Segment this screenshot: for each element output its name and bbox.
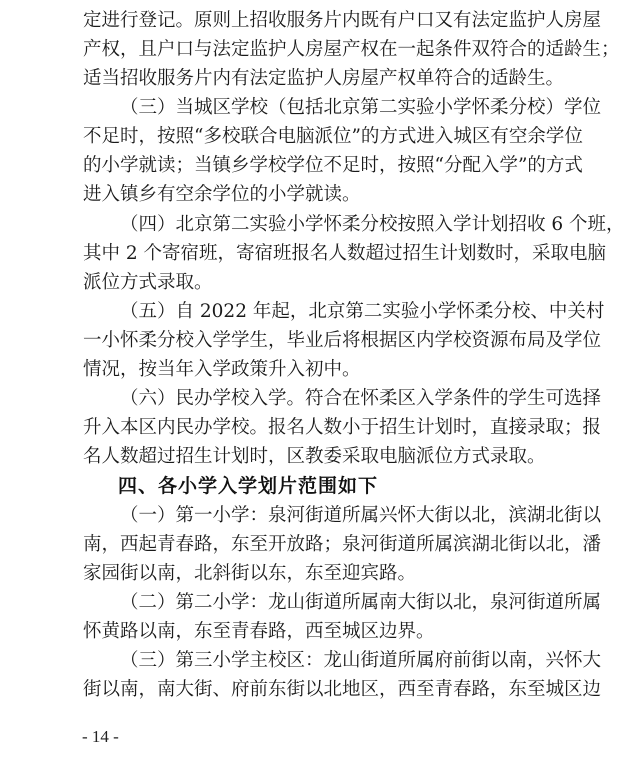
paragraph-line: （一）第一小学：泉河街道所属兴怀大街以北，滨湖北街以: [120, 501, 578, 530]
paragraph-line: 的小学就读；当镇乡学校学位不足时，按照“分配入学”的方式: [83, 151, 578, 180]
paragraph-line: （五）自 2022 年起，北京第二实验小学怀柔分校、中关村: [120, 297, 578, 326]
paragraph-line: 名人数超过招生计划时，区教委采取电脑派位方式录取。: [83, 442, 578, 471]
paragraph-line: 情况，按当年入学政策升入初中。: [83, 355, 578, 384]
paragraph-line: 进入镇乡有空余学位的小学就读。: [83, 180, 578, 209]
paragraph-line: 街以南，南大街、府前东街以北地区，西至青春路，东至城区边: [83, 675, 578, 704]
paragraph-line: （六）民办学校入学。符合在怀柔区入学条件的学生可选择: [120, 384, 578, 413]
paragraph-line: （三）当城区学校（包括北京第二实验小学怀柔分校）学位: [120, 93, 578, 122]
paragraph-line: （三）第三小学主校区：龙山街道所属府前街以南，兴怀大: [120, 646, 578, 675]
document-page: 定进行登记。原则上招收服务片内既有户口又有法定监护人房屋 产权，且户口与法定监护…: [0, 0, 643, 763]
paragraph-line: （四）北京第二实验小学怀柔分校按照入学计划招收 6 个班，: [120, 210, 578, 239]
paragraph-line: 怀黄路以南，东至青春路，西至城区边界。: [83, 617, 578, 646]
paragraph-line: 南，西起青春路，东至开放路；泉河街道所属滨湖北街以北，潘: [83, 530, 578, 559]
page-number: - 14 -: [82, 725, 119, 749]
paragraph-line: 不足时，按照“多校联合电脑派位”的方式进入城区有空余学位: [83, 122, 578, 151]
paragraph-line: 其中 2 个寄宿班，寄宿班报名人数超过招生计划数时，采取电脑: [83, 239, 578, 268]
paragraph-line: （二）第二小学：龙山街道所属南大街以北，泉河街道所属: [120, 588, 578, 617]
paragraph-line: 派位方式录取。: [83, 268, 578, 297]
paragraph-line: 定进行登记。原则上招收服务片内既有户口又有法定监护人房屋: [83, 6, 578, 35]
paragraph-line: 适当招收服务片内有法定监护人房屋产权单符合的适龄生。: [83, 64, 578, 93]
paragraph-line: 升入本区内民办学校。报名人数小于招生计划时，直接录取；报: [83, 413, 578, 442]
paragraph-line: 产权，且户口与法定监护人房屋产权在一起条件双符合的适龄生；: [83, 35, 578, 64]
paragraph-line: 一小怀柔分校入学学生，毕业后将根据区内学校资源布局及学位: [83, 326, 578, 355]
section-heading: 四、各小学入学划片范围如下: [118, 472, 378, 501]
paragraph-line: 家园街以南，北斜街以东，东至迎宾路。: [83, 559, 578, 588]
